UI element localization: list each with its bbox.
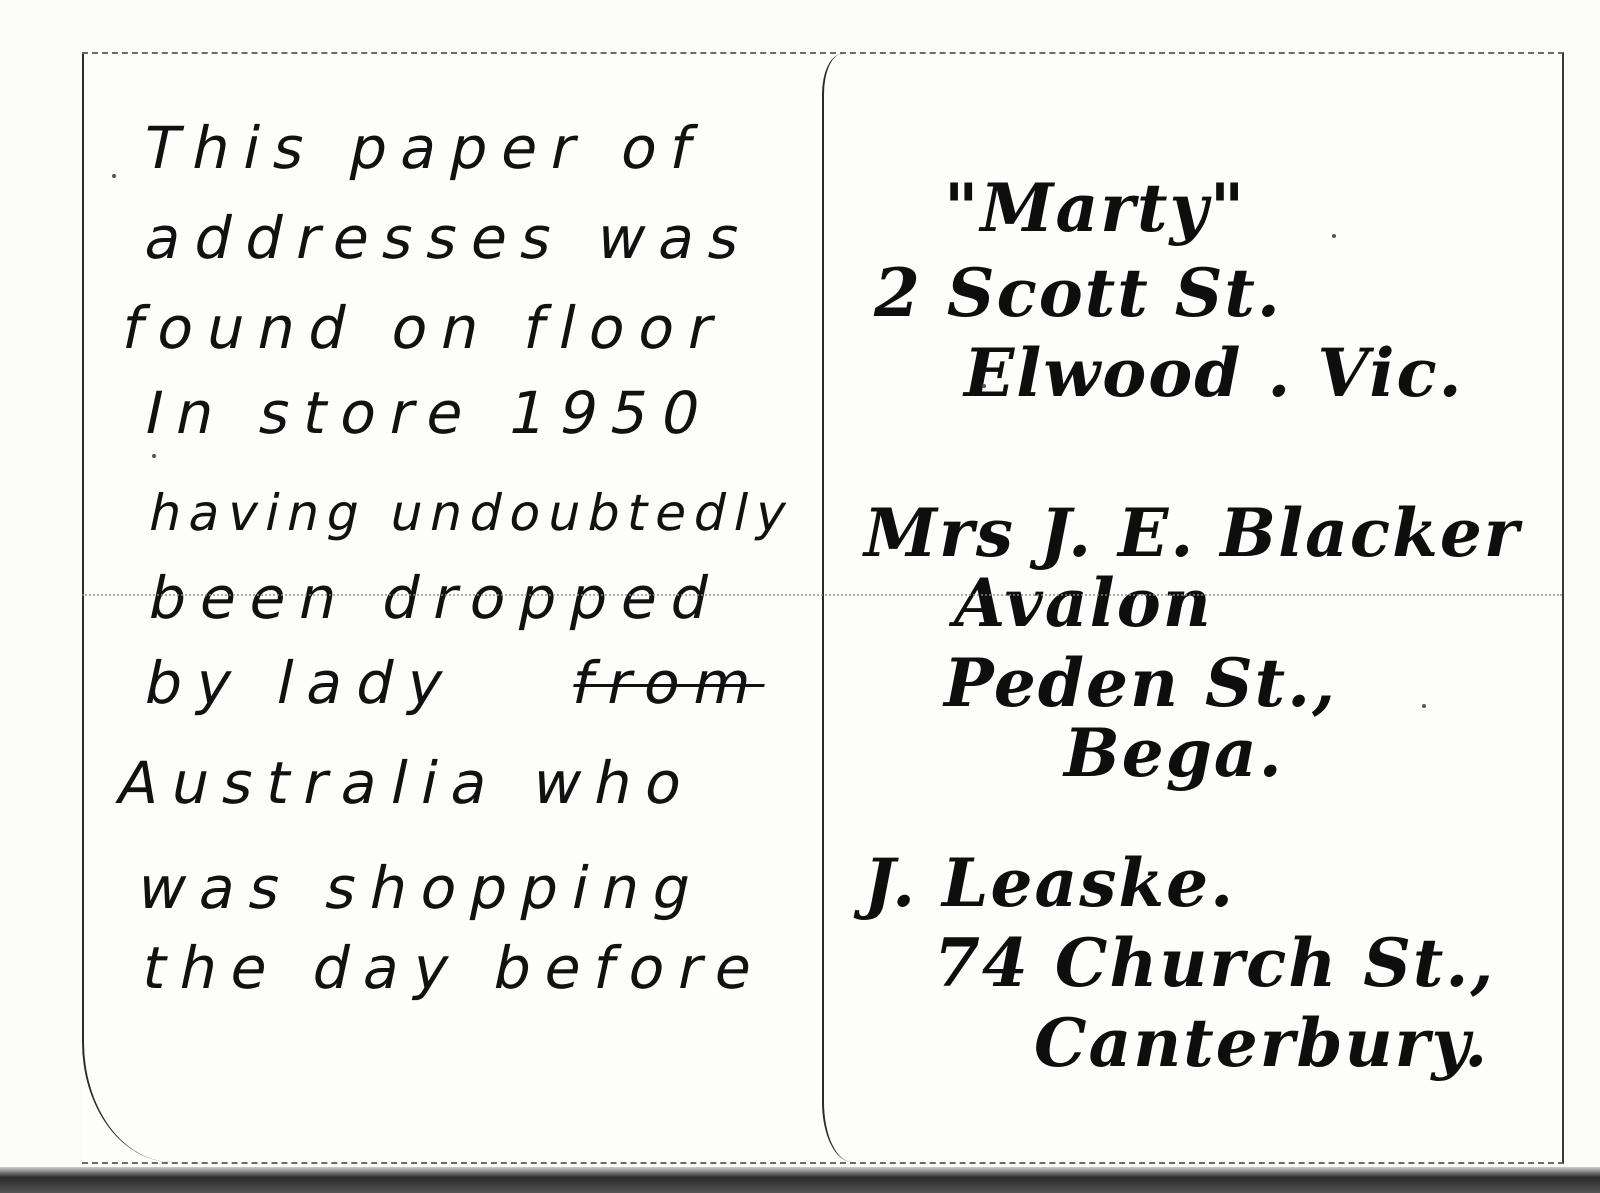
scan-speck [982,384,986,388]
note-line-7: by lady [139,649,464,717]
paper-sheet: This paper of addresses was found on flo… [82,52,1564,1164]
address-2-street: Peden St., [944,644,1337,722]
address-3-name: J. Leaske. [864,844,1235,922]
scan-speck [112,174,116,178]
scan-speck [152,454,156,458]
scan-edge-shadow [0,1167,1600,1193]
note-line-9: was shopping [132,854,712,922]
fold-crease [82,594,1562,596]
struck-word: from [567,649,772,717]
address-3-street: 74 Church St., [934,924,1495,1002]
scan-speck [1422,704,1426,708]
address-3-locality: Canterbury. [1034,1004,1489,1082]
address-1-street: 2 Scott St. [874,254,1282,332]
address-1-name: "Marty" [944,169,1246,247]
note-line-10: the day before [137,934,773,1002]
scan-speck [1332,234,1336,238]
note-line-1: This paper of [137,114,713,182]
address-2-name: Mrs J. E. Blacker [864,494,1521,572]
note-line-3: found on floor [117,294,734,362]
note-line-2: addresses was [139,204,761,272]
address-1-locality: Elwood . Vic. [964,334,1464,412]
right-panel: "Marty" 2 Scott St. Elwood . Vic. Mrs J.… [822,54,1562,1162]
note-line-4: In store 1950 [139,379,721,447]
address-2-house: Avalon [954,564,1213,642]
note-line-5: having undoubtedly [144,484,800,542]
left-panel: This paper of addresses was found on flo… [82,54,819,1162]
note-line-8: Australia who [112,749,703,817]
note-line-6: been dropped [143,564,730,632]
scanned-note: This paper of addresses was found on flo… [0,0,1600,1193]
address-2-locality: Bega. [1064,714,1284,792]
